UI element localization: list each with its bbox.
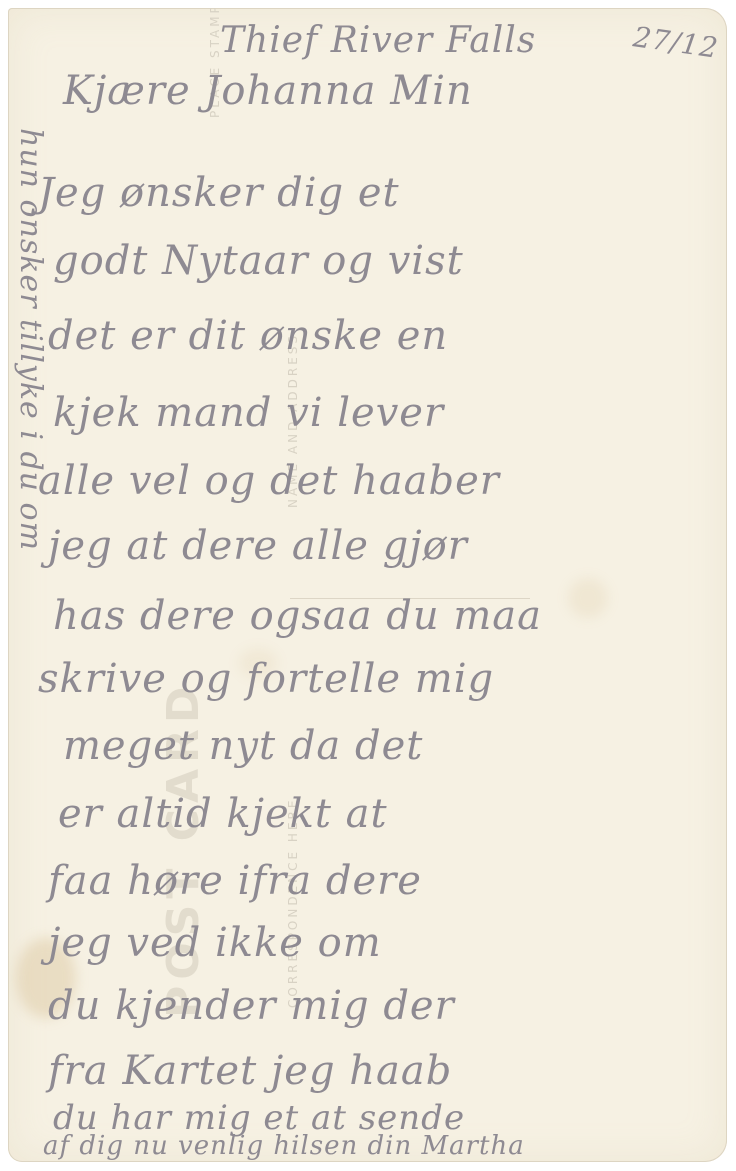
message-line: jeg at dere alle gjør — [48, 523, 468, 569]
message-line: skrive og fortelle mig — [38, 656, 494, 702]
message-line: alle vel og det haaber — [38, 458, 500, 504]
postcard-back: POST CARD PLACE STAMP HERE CORRESPONDENC… — [8, 8, 727, 1162]
message-line: Kjære Johanna Min — [63, 68, 473, 114]
message-line: Jeg ønsker dig et — [38, 170, 400, 216]
margin-note: hun onsker tillyke i du om — [13, 128, 48, 551]
message-line: meget nyt da det — [63, 723, 423, 769]
message-line: er altid kjekt at — [58, 791, 388, 837]
message-line: jeg ved ikke om — [48, 920, 382, 966]
message-line: faa høre ifra dere — [48, 858, 422, 904]
message-line: du kjender mig der — [48, 983, 455, 1029]
message-line: fra Kartet jeg haab — [48, 1048, 452, 1094]
message-line: godt Nytaar og vist — [53, 238, 464, 284]
date: 27/12 — [631, 20, 720, 65]
place-heading: Thief River Falls — [220, 20, 536, 61]
signature-line: af dig nu venlig hilsen din Martha — [43, 1131, 525, 1161]
message-line: has dere ogsaa du maa — [53, 593, 542, 639]
stain — [568, 578, 608, 618]
message-line: det er dit ønske en — [48, 313, 448, 359]
message-line: kjek mand vi lever — [53, 390, 444, 436]
